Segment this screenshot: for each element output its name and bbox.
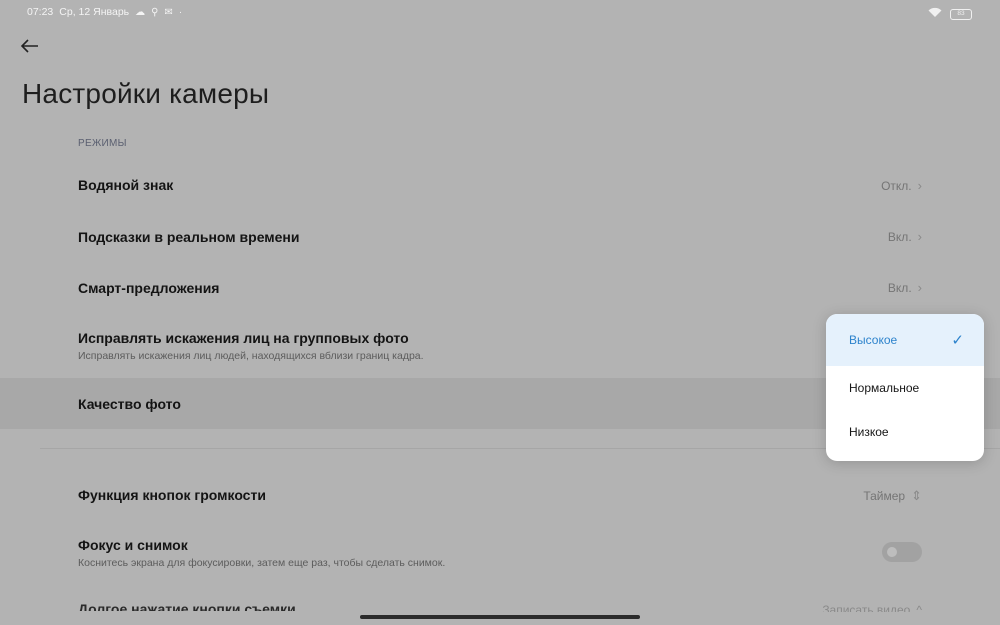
photo-quality-dropdown: Высокое ✓ Нормальное Низкое <box>826 314 984 461</box>
section-label: РЕЖИМЫ <box>78 138 127 149</box>
setting-volume-buttons[interactable]: Функция кнопок громкости Таймер ⇕ <box>0 470 1000 520</box>
chevron-updown-icon: ⇕ <box>911 488 922 504</box>
setting-title: Исправлять искажения лиц на групповых фо… <box>78 330 409 346</box>
option-low[interactable]: Низкое <box>826 410 984 454</box>
toggle-knob <box>887 547 897 557</box>
setting-realtime-hints[interactable]: Подсказки в реальном времени Вкл. › <box>0 211 1000 261</box>
battery-icon: 83 <box>950 9 972 20</box>
chevron-up-icon: ^ <box>916 603 922 612</box>
setting-watermark[interactable]: Водяной знак Откл. › <box>0 160 1000 210</box>
focus-shoot-toggle[interactable] <box>882 542 922 562</box>
status-date: Ср, 12 Январь <box>59 6 129 18</box>
back-button[interactable] <box>20 36 46 58</box>
home-indicator[interactable] <box>360 615 640 619</box>
page-title: Настройки камеры <box>22 78 269 110</box>
setting-value: Записать видео <box>822 603 910 612</box>
wifi-icon <box>928 5 942 23</box>
chevron-right-icon: › <box>918 178 922 193</box>
setting-focus-and-shoot[interactable]: Фокус и снимок Коснитесь экрана для фоку… <box>0 522 1000 580</box>
check-icon: ✓ <box>951 331 964 349</box>
setting-title: Функция кнопок громкости <box>78 487 266 503</box>
setting-value: Откл. <box>881 179 912 193</box>
setting-long-press-value[interactable]: Записать видео ^ <box>822 603 922 612</box>
location-icon: ⚲ <box>151 7 158 18</box>
setting-title: Подсказки в реальном времени <box>78 229 300 245</box>
chevron-right-icon: › <box>918 229 922 244</box>
cloud-icon: ☁ <box>135 7 145 18</box>
option-high[interactable]: Высокое ✓ <box>826 314 984 366</box>
option-normal[interactable]: Нормальное <box>826 366 984 410</box>
setting-title: Смарт-предложения <box>78 280 219 296</box>
setting-long-press-title[interactable]: Долгое нажатие кнопки съемки <box>78 601 296 611</box>
setting-subtitle: Исправлять искажения лиц людей, находящи… <box>78 350 424 362</box>
setting-title: Качество фото <box>78 396 181 412</box>
chevron-right-icon: › <box>918 280 922 295</box>
status-bar: 07:23 Ср, 12 Январь ☁ ⚲ ✉ · 83 <box>0 0 1000 24</box>
status-time: 07:23 <box>27 6 53 18</box>
setting-title: Фокус и снимок <box>78 537 188 553</box>
arrow-left-icon <box>20 38 40 54</box>
setting-title: Водяной знак <box>78 177 173 193</box>
setting-subtitle: Коснитесь экрана для фокусировки, затем … <box>78 557 445 569</box>
setting-value: Вкл. <box>888 281 912 295</box>
setting-smart-suggestions[interactable]: Смарт-предложения Вкл. › <box>0 262 1000 312</box>
mail-icon: ✉ <box>164 7 172 18</box>
battery-level: 83 <box>957 11 964 18</box>
setting-value: Вкл. <box>888 230 912 244</box>
setting-value: Таймер <box>863 489 905 503</box>
dot-icon: · <box>179 7 182 18</box>
